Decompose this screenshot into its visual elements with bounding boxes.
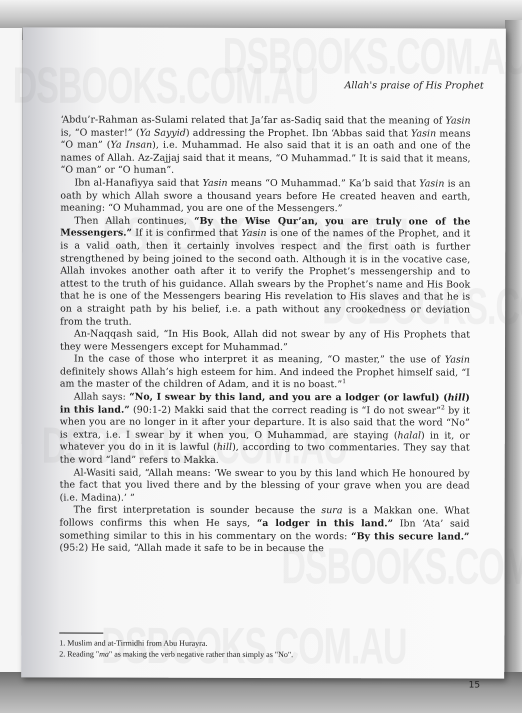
paragraph: Al-Wasiti said, “Allah means: ‘We swear … [60, 467, 470, 506]
text-run: ) addressing the Prophet. Ibn ‘Abbas sai… [186, 127, 411, 139]
paragraph: In the case of those who interpret it as… [60, 354, 470, 393]
text-run: (95:2) He said, “Allah made it safe to b… [59, 543, 323, 555]
paragraph: Allah says: “No, I swear by this land, a… [60, 392, 470, 469]
text-run: is one of the names of the Prophet, and … [60, 228, 470, 327]
text-run: 1. Muslim and at-Tirmidhi from Abu Huray… [59, 638, 207, 647]
footnote-rule [59, 632, 103, 633]
footnote-ref: 1 [342, 379, 346, 386]
text-run: Al-Wasiti said, “Allah means: ‘We swear … [60, 467, 470, 503]
text-run: An-Naqqash said, “In His Book, Allah did… [60, 329, 470, 353]
text-run: hill [448, 393, 466, 404]
text-run: Yasin [419, 178, 444, 189]
text-run: “By this secure land.” [351, 531, 469, 542]
book-page: DSBOOKS.COM.AU DSBOOKS.COM.AU DSBOOKS.CO… [21, 27, 506, 678]
text-run: If it is confirmed that [132, 228, 241, 239]
text-run: halal [398, 430, 421, 441]
text-run: " as making the verb negative rather tha… [109, 649, 293, 658]
text-run: ‘Abdu’r-Rahman as-Sulami related that Ja… [61, 114, 446, 126]
text-run: is, “O master!” ( [61, 127, 140, 138]
text-run: Then Allah continues, [74, 215, 194, 226]
text-run: Ya Sayyid [140, 127, 186, 138]
text-run: Yasin [445, 355, 470, 366]
text-run: ma [99, 649, 109, 658]
text-run: Allah says: [74, 392, 129, 403]
page-number: 15 [469, 681, 480, 691]
footnote: 2. Reading "ma" as making the verb negat… [59, 649, 479, 661]
watermark: DSBOOKS.COM.AU [13, 58, 318, 117]
paragraph: An-Naqqash said, “In His Book, Allah did… [60, 329, 470, 355]
text-run: The first interpretation is sounder beca… [74, 505, 322, 517]
footnotes: 1. Muslim and at-Tirmidhi from Abu Huray… [59, 638, 479, 660]
text-run: Ya Insan [110, 140, 152, 151]
running-head: Allah's praise of His Prophet [344, 80, 483, 91]
paragraph: Ibn al-Hanafiyya said that Yasin means “… [60, 177, 470, 216]
text-run: In the case of those who interpret it as… [74, 354, 445, 366]
text-run: hill [217, 442, 232, 453]
text-run: means “O Muhammad.” Ka’b said that [228, 178, 420, 190]
text-run: 2. Reading " [59, 649, 99, 658]
text-run: Yasin [202, 178, 227, 189]
watermark: DSBOOKS.COM.AU [223, 28, 522, 87]
paragraph: The first interpretation is sounder beca… [59, 505, 469, 556]
text-run: Ibn al-Hanafiyya said that [74, 177, 202, 188]
scan-left-margin [0, 28, 22, 678]
text-run: sura [321, 506, 342, 517]
text-run: (90:1-2) Makki said that the correct rea… [130, 404, 441, 416]
scan-right-shadow [505, 20, 522, 680]
text-run: Yasin [241, 228, 266, 239]
text-run: Yasin [411, 128, 436, 139]
text-run: definitely shows Allah’s high esteem for… [60, 366, 470, 390]
text-run: “a lodger in this land.” [257, 518, 393, 529]
paragraph: ‘Abdu’r-Rahman as-Sulami related that Ja… [60, 114, 470, 178]
body-text: ‘Abdu’r-Rahman as-Sulami related that Ja… [59, 114, 470, 556]
paragraph: Then Allah continues, “By the Wise Qur’a… [60, 215, 470, 329]
text-run: Yasin [445, 115, 470, 126]
text-run: “No, I swear by this land, and you are a… [129, 392, 447, 404]
